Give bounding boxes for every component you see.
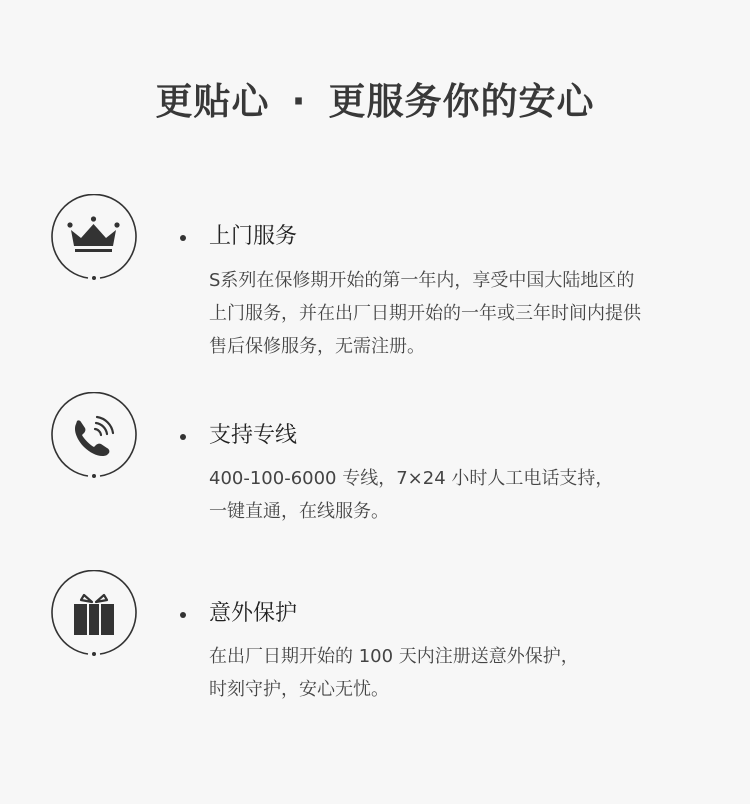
headline-right: 更服务你的安心 xyxy=(329,80,595,123)
headline-separator: · xyxy=(291,78,306,126)
description-line: S系列在保修期开始的第一年内，享受中国大陆地区的 xyxy=(209,264,709,297)
description-line: 售后保修服务，无需注册。 xyxy=(209,330,709,363)
feature-title: 意外保护 xyxy=(209,599,297,629)
feature-description: 400-100-6000 专线，7×24 小时人工电话支持， 一键直通，在线服务… xyxy=(209,462,709,528)
feature-title: 支持专线 xyxy=(209,421,297,451)
phone-icon xyxy=(51,392,137,478)
bullet-dot xyxy=(180,235,186,241)
description-line: 在出厂日期开始的 100 天内注册送意外保护， xyxy=(209,640,709,673)
description-line: 上门服务，并在出厂日期开始的一年或三年时间内提供 xyxy=(209,297,709,330)
bullet-dot xyxy=(180,434,186,440)
headline-left: 更贴心 xyxy=(155,80,269,123)
bullet-dot xyxy=(180,612,186,618)
crown-icon xyxy=(51,194,137,280)
page-headline: 更贴心·更服务你的安心 xyxy=(0,78,750,126)
description-line: 一键直通，在线服务。 xyxy=(209,495,709,528)
feature-description: S系列在保修期开始的第一年内，享受中国大陆地区的 上门服务，并在出厂日期开始的一… xyxy=(209,264,709,363)
feature-description: 在出厂日期开始的 100 天内注册送意外保护， 时刻守护，安心无忧。 xyxy=(209,640,709,706)
description-line: 400-100-6000 专线，7×24 小时人工电话支持， xyxy=(209,462,709,495)
feature-title: 上门服务 xyxy=(209,222,297,252)
gift-icon xyxy=(51,570,137,656)
description-line: 时刻守护，安心无忧。 xyxy=(209,673,709,706)
